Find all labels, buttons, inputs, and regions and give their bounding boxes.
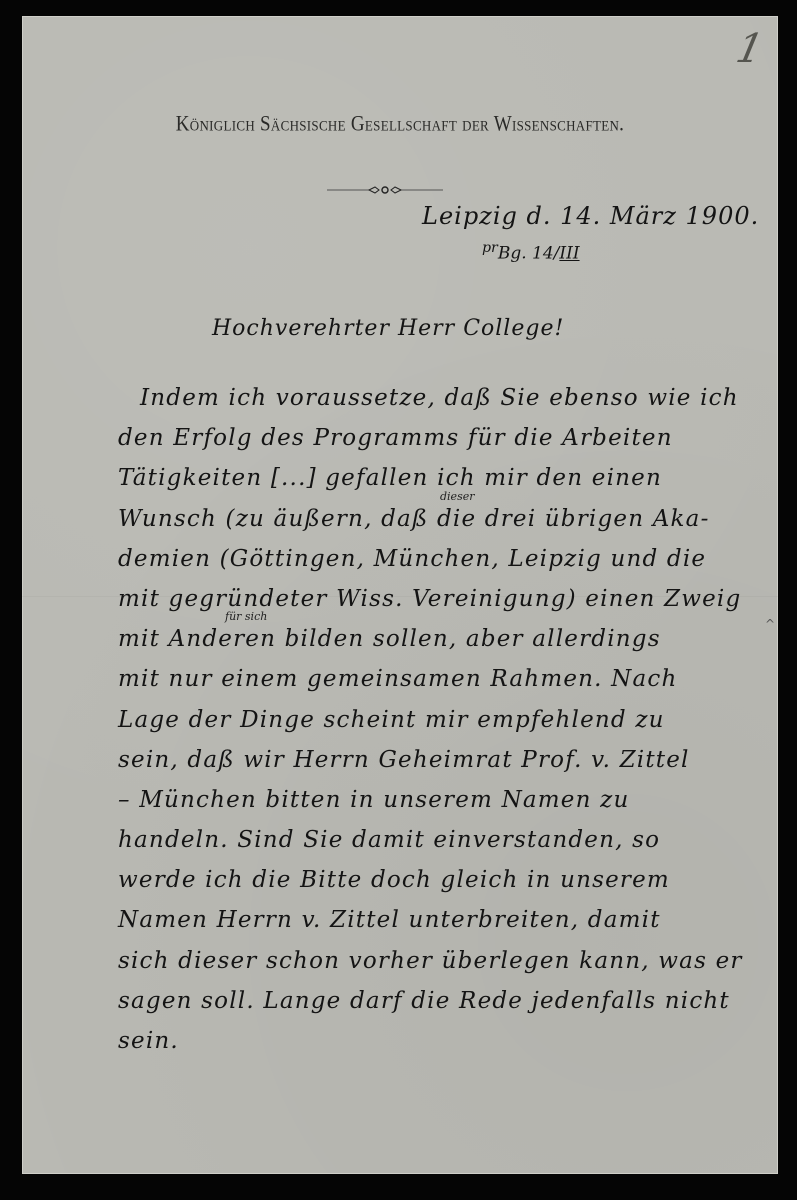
body-line: Wunsch (zu äußern, daß die drei übrigen … — [118, 499, 778, 539]
body-line: den Erfolg des Programms für die Arbeite… — [118, 418, 778, 458]
body-line: sich dieser schon vorher überlegen kann,… — [118, 941, 778, 981]
body-line: werde ich die Bitte doch gleich in unser… — [118, 860, 778, 900]
body-line: sein. — [118, 1021, 778, 1061]
body-line: Namen Herrn v. Zittel unterbreiten, dami… — [118, 900, 778, 940]
body-line: sagen soll. Lange darf die Rede jedenfal… — [118, 981, 778, 1021]
body-line: Lage der Dinge scheint mir empfehlend zu — [118, 700, 778, 740]
body-line: handeln. Sind Sie damit einverstanden, s… — [118, 820, 778, 860]
salutation: Hochverehrter Herr College! — [212, 316, 564, 341]
body-line: Indem ich voraussetze, daß Sie ebenso wi… — [118, 378, 778, 418]
body-line: demien (Göttingen, München, Leipzig und … — [118, 539, 778, 579]
letter-body: Indem ich voraussetze, daß Sie ebenso wi… — [118, 378, 778, 1061]
ornament-divider-icon — [327, 185, 443, 195]
receipt-roman: III — [559, 244, 579, 264]
body-line: sein, daß wir Herrn Geheimrat Prof. v. Z… — [118, 740, 778, 780]
receipt-note: prBg. 14/III — [482, 240, 580, 264]
body-line: Tätigkeiten [...] gefallen ich mir den e… — [118, 458, 778, 498]
receipt-main: Bg. 14/ — [498, 244, 560, 264]
body-line: mit Anderen bilden sollen, aber allerdin… — [118, 619, 778, 659]
letter-page: 1 Königlich Sächsische Gesellschaft der … — [22, 16, 778, 1174]
letterhead: Königlich Sächsische Gesellschaft der Wi… — [22, 112, 778, 137]
body-line: – München bitten in unserem Namen zu — [118, 780, 778, 820]
receipt-prefix: pr — [482, 240, 498, 256]
body-line: mit gegründeter Wiss. Vereinigung) einen… — [118, 579, 778, 619]
body-line: mit nur einem gemeinsamen Rahmen. Nach — [118, 659, 778, 699]
dateline: Leipzig d. 14. März 1900. — [422, 202, 759, 230]
page-number: 1 — [732, 26, 767, 72]
margin-mark: ^ — [765, 617, 775, 631]
